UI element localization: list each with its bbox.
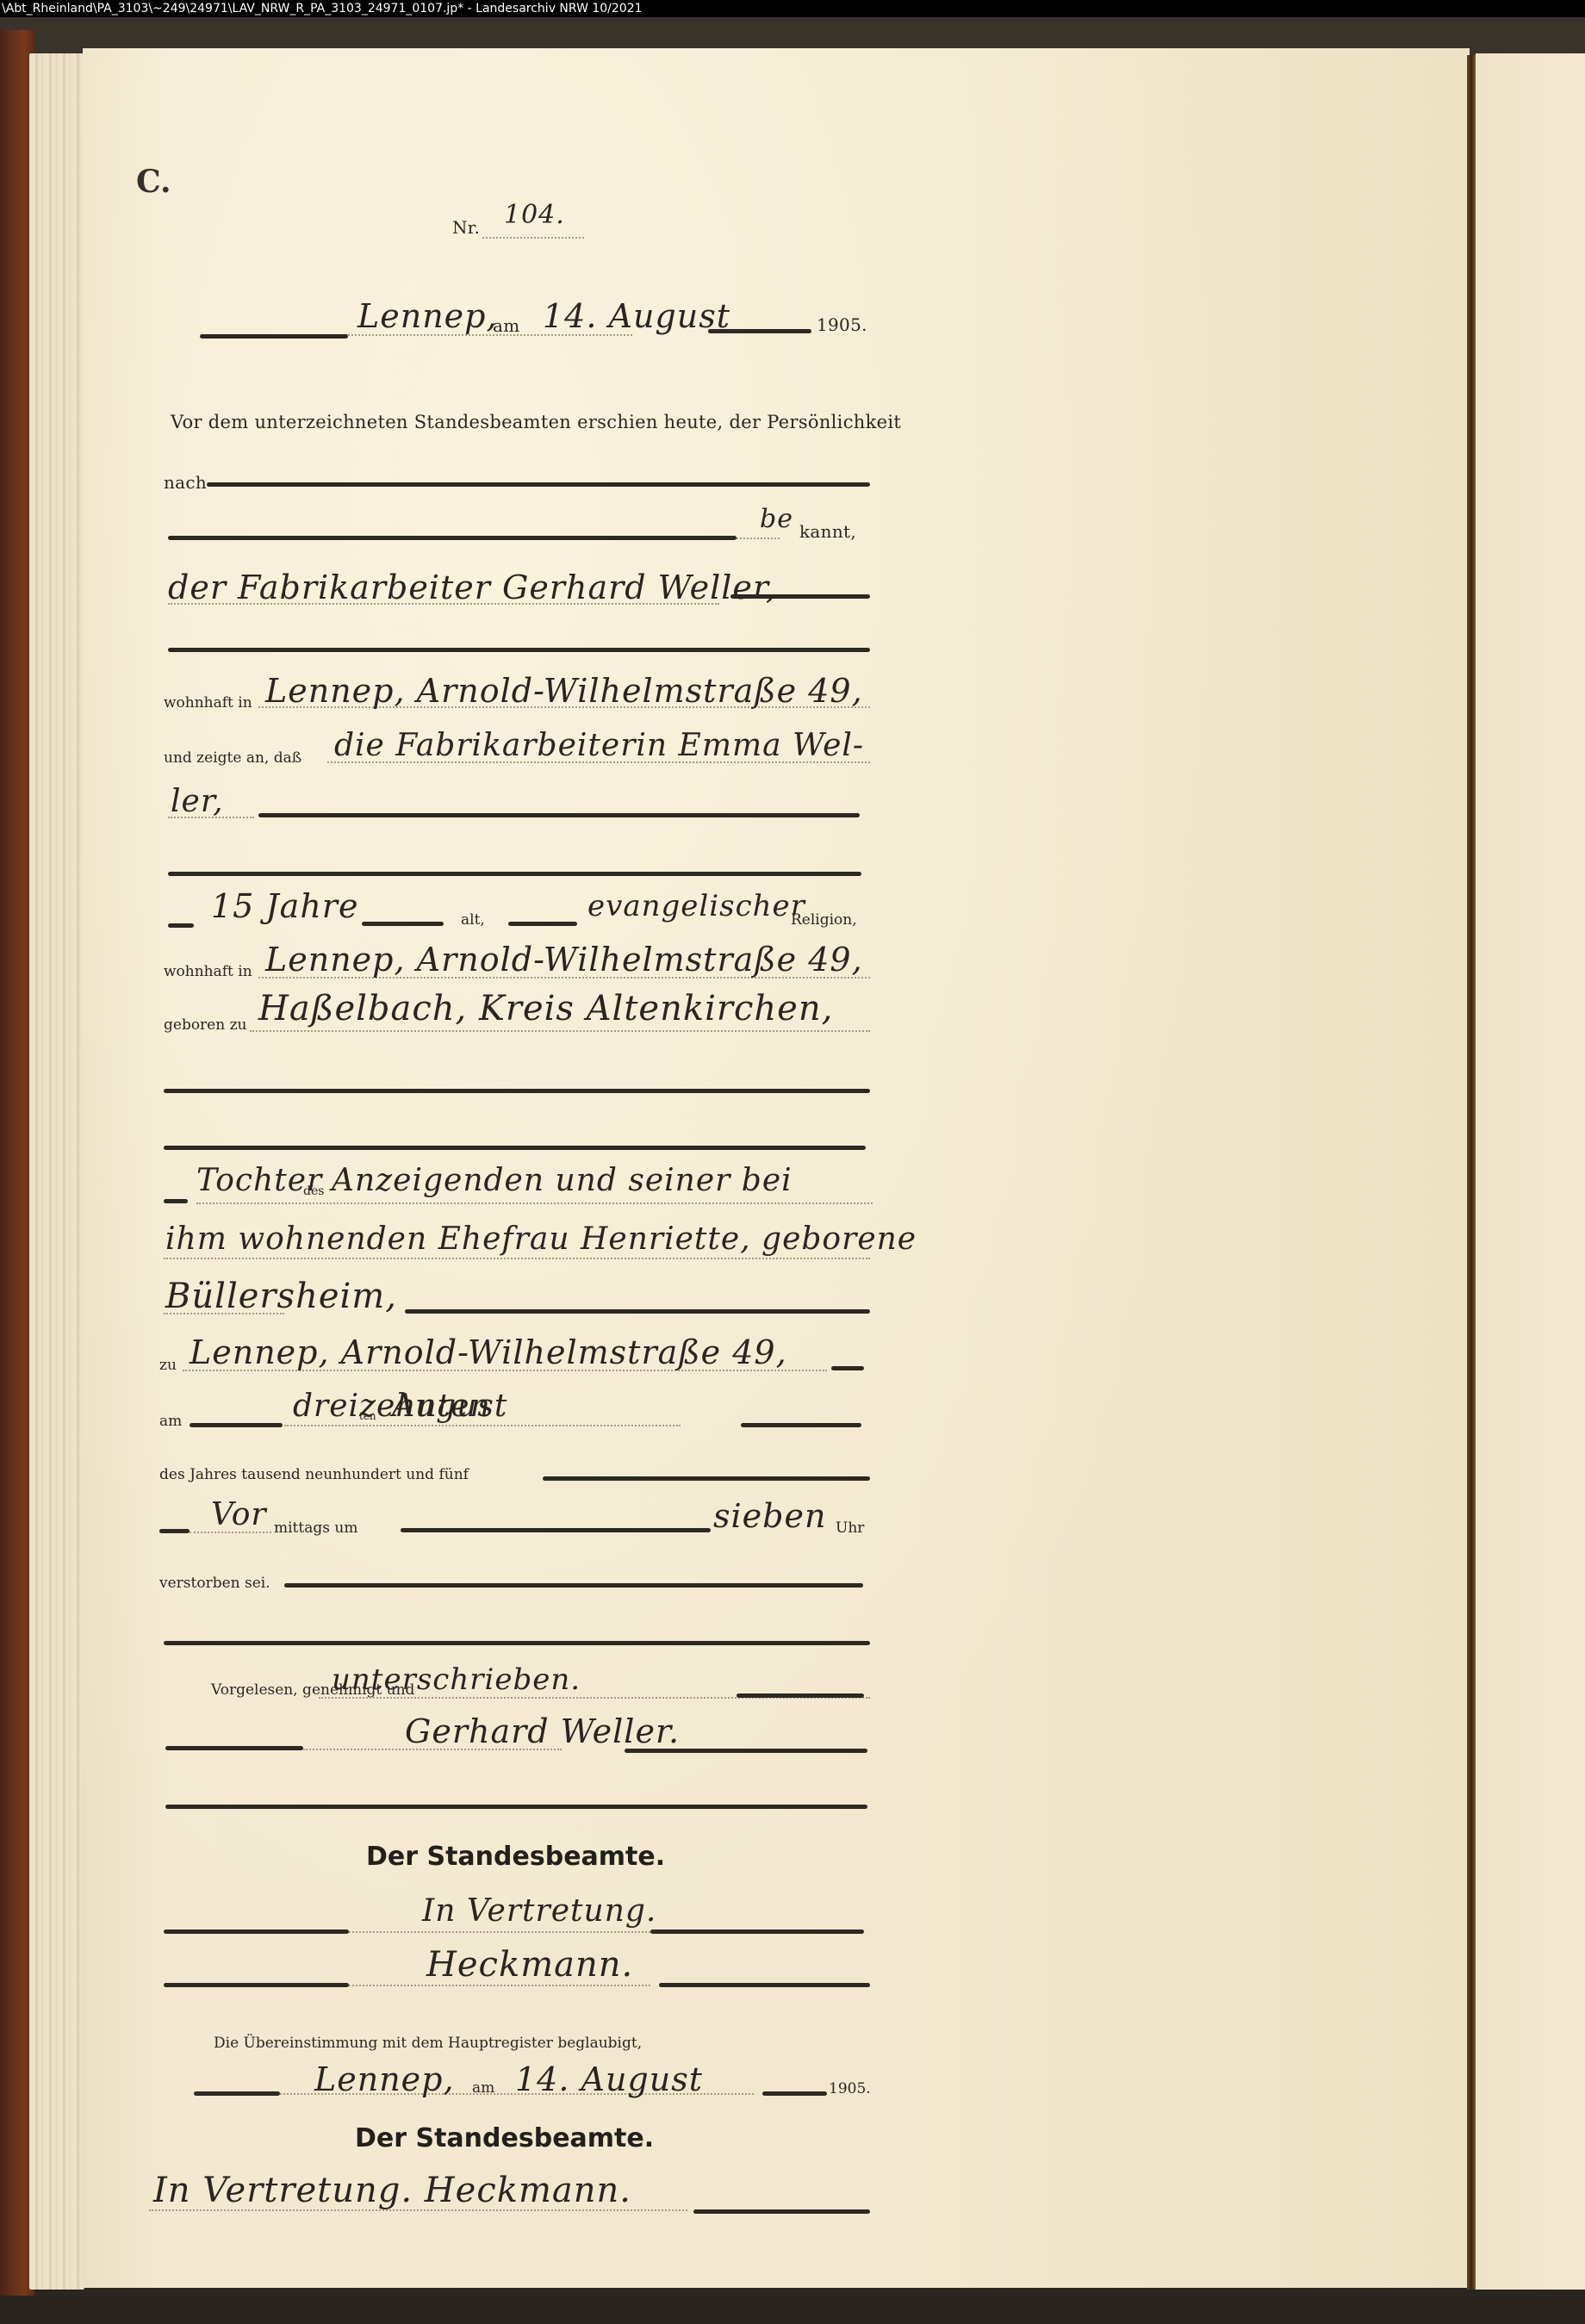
parents-line-3: Büllersheim, <box>165 1277 397 1316</box>
time-hand-b: sieben <box>713 1497 826 1535</box>
informant-signature: Gerhard Weller. <box>405 1712 680 1750</box>
blank-rule-3 <box>164 1089 870 1093</box>
blank-rule-6 <box>165 1805 867 1809</box>
parents-rule-right <box>405 1309 870 1314</box>
religion-handwritten: evangelischer <box>587 889 805 923</box>
birthplace: Haßelbach, Kreis Altenkirchen, <box>258 989 833 1028</box>
religion-label: Religion, <box>791 911 857 929</box>
year-label: des Jahres tausend neunhundert und fünf <box>159 1466 469 1483</box>
vertretung-rule-right <box>650 1929 864 1934</box>
date-rule-right <box>741 1423 861 1427</box>
certification-text: Die Übereinstimmung mit dem Hauptregiste… <box>214 2035 642 2052</box>
read-rule-right <box>737 1693 864 1698</box>
facing-page <box>1476 53 1585 2290</box>
bekannt-dots <box>737 538 780 539</box>
date-line-rule-left <box>200 334 348 339</box>
page-stack-edge <box>29 53 84 2290</box>
cert-heading: Der Standesbeamte. <box>355 2123 654 2153</box>
death-place: Lennep, Arnold-Wilhelmstraße 49, <box>190 1333 787 1371</box>
religion-rule <box>508 922 577 926</box>
number-dotted-line <box>482 237 584 239</box>
parents-print: des <box>303 1184 324 1198</box>
blank-rule-5 <box>164 1641 870 1645</box>
registrar-sig-rule-left <box>164 1983 349 1987</box>
deceased-line-2: ler, <box>171 784 224 819</box>
parents-line1-dots <box>196 1202 873 1204</box>
window-title-bar: \Abt_Rheinland\PA_3103\~249\24971\LAV_NR… <box>0 0 1585 17</box>
deceased-rule <box>258 813 860 817</box>
age-rule-right <box>362 922 444 926</box>
date-dots <box>284 1425 681 1426</box>
parents-line2-dots <box>164 1258 870 1259</box>
age-handwritten: 15 Jahre <box>211 887 358 925</box>
intro-text: Vor dem unterzeichneten Standesbeamten e… <box>171 412 901 432</box>
record-number: 104. <box>504 200 565 230</box>
died-rule <box>284 1583 863 1588</box>
date-label: am <box>159 1413 182 1430</box>
time-hand-a: Vor <box>211 1497 267 1532</box>
bekannt-rule <box>168 536 737 540</box>
cert-rule-right <box>762 2091 827 2096</box>
window-title: \Abt_Rheinland\PA_3103\~249\24971\LAV_NR… <box>2 2 643 16</box>
place-handwritten: Lennep, <box>357 297 498 335</box>
year-rule <box>543 1476 870 1481</box>
age-label: alt, <box>461 911 485 929</box>
parents-rule-left <box>164 1199 188 1203</box>
time-rule-left <box>159 1529 190 1533</box>
section-letter: C. <box>136 164 171 200</box>
year-printed: 1905. <box>817 314 867 335</box>
deceased-line-1: die Fabrikarbeiterin Emma Wel- <box>334 728 864 763</box>
registrar-vertretung: In Vertretung. <box>422 1893 656 1929</box>
informant-handwritten: der Fabrikarbeiter Gerhard Weller, <box>168 569 777 606</box>
cert-signature: In Vertretung. Heckmann. <box>153 2171 631 2210</box>
nach-label: nach <box>164 472 207 493</box>
registrar-heading: Der Standesbeamte. <box>366 1842 665 1872</box>
bekannt-handwritten: be <box>760 504 793 534</box>
cert-day-month: 14. August <box>515 2060 703 2098</box>
registrar-sig-rule-right <box>659 1983 870 1987</box>
parents-line-2: ihm wohnenden Ehefrau Henriette, geboren… <box>165 1221 917 1257</box>
deceased-residence: Lennep, Arnold-Wilhelmstraße 49, <box>265 941 863 979</box>
informant-residence: Lennep, Arnold-Wilhelmstraße 49, <box>265 672 863 710</box>
am-label: am <box>493 315 520 336</box>
cert-place: Lennep, <box>314 2060 455 2098</box>
signature-rule-right <box>625 1749 867 1753</box>
blank-rule-2 <box>168 872 861 876</box>
registrar-signature: Heckmann. <box>426 1945 633 1985</box>
age-rule-left <box>168 923 194 928</box>
vertretung-rule-left <box>164 1929 349 1934</box>
nach-rule <box>207 482 870 487</box>
time-label-a: mittags um <box>274 1519 357 1537</box>
date-line-rule-right <box>708 329 811 333</box>
death-day-suffix: ten <box>359 1410 376 1422</box>
death-place-label: zu <box>159 1357 177 1374</box>
date-rule-left <box>190 1423 283 1427</box>
parents-hand-b: Anzeigenden und seiner bei <box>332 1163 792 1198</box>
date-handwritten: 14. August <box>543 297 730 335</box>
registrar-sig-dots <box>349 1985 650 1986</box>
blank-rule-4 <box>164 1146 866 1150</box>
death-place-rule <box>831 1366 864 1370</box>
signature-rule-left <box>165 1746 303 1750</box>
born-label: geboren zu <box>164 1016 247 1034</box>
vertretung-dots <box>349 1931 650 1933</box>
read-handwritten: unterschrieben. <box>332 1662 581 1697</box>
died-label: verstorben sei. <box>159 1575 270 1592</box>
time-label-b: Uhr <box>836 1519 864 1537</box>
cert-am: am <box>472 2079 494 2097</box>
announce-label: und zeigte an, daß <box>164 749 301 767</box>
time-rule-mid <box>401 1528 711 1532</box>
deceased-residence-label: wohnhaft in <box>164 963 252 980</box>
book-gutter <box>1467 55 1476 2290</box>
cert-signature-rule <box>693 2209 870 2214</box>
blank-rule-1 <box>168 648 870 652</box>
death-month: August <box>392 1389 507 1424</box>
informant-rule <box>730 594 870 599</box>
cert-rule-left <box>194 2091 280 2096</box>
cert-year: 1905. <box>829 2080 871 2097</box>
bekannt-printed: kannt, <box>799 521 856 542</box>
born-dots <box>250 1030 870 1032</box>
number-label: Nr. <box>452 217 480 238</box>
residence-label: wohnhaft in <box>164 694 252 711</box>
